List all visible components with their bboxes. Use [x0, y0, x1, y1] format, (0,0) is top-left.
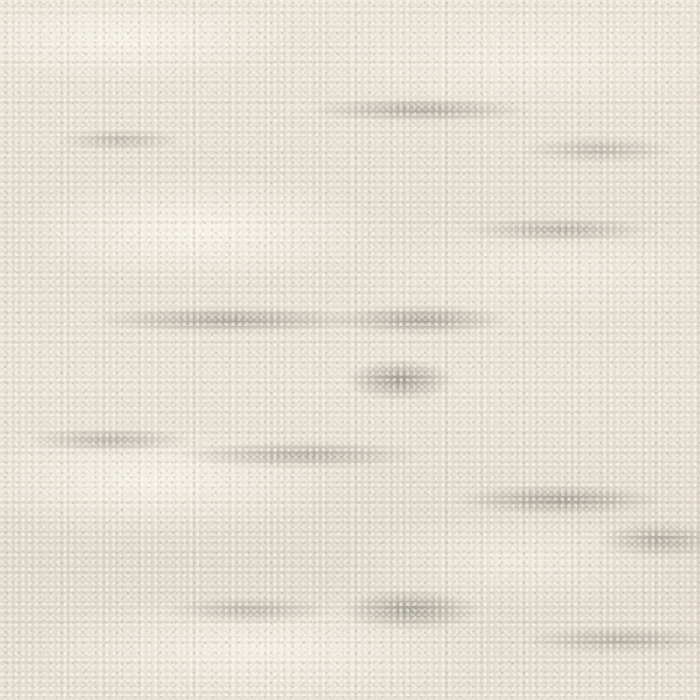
- carpet-texture-photo: [0, 0, 700, 700]
- fiber-highlight-layer: [0, 0, 700, 700]
